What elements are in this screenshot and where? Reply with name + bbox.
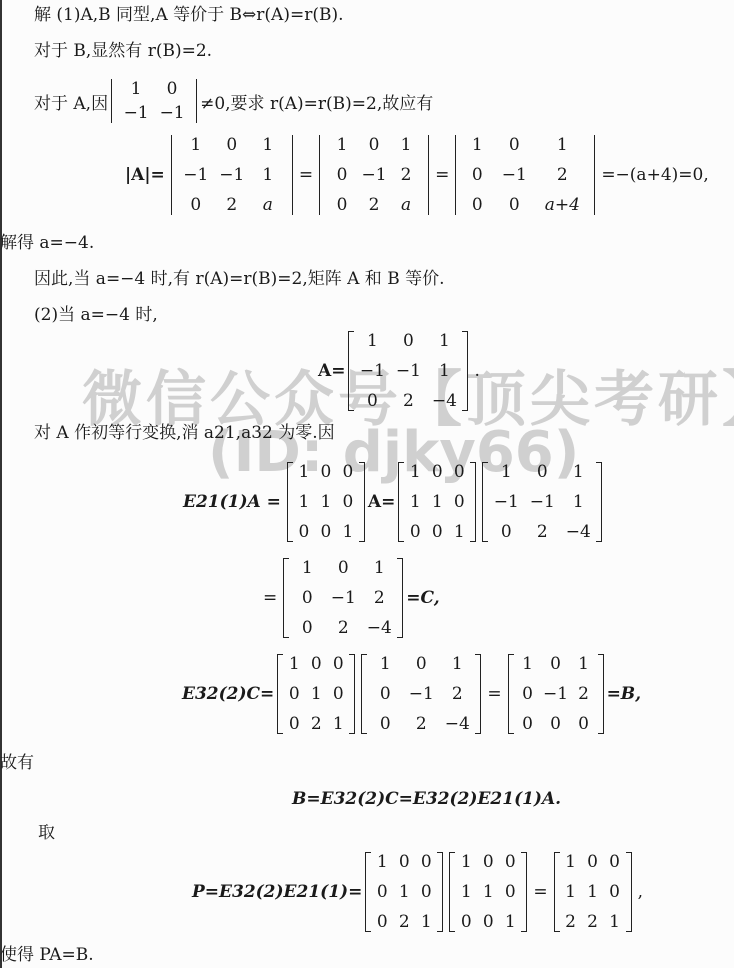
matrix-B: 1010−12000 [508, 654, 604, 734]
matrix-cell: 0 [542, 654, 570, 674]
matrix-cell: 1 [560, 852, 582, 872]
matrix-cell: −4 [439, 714, 475, 734]
B-label: =B, [607, 684, 642, 704]
matrix-cell: 2 [570, 684, 598, 704]
C-label: =C, [406, 588, 439, 608]
matrix-E21: 100110001 [287, 462, 365, 542]
matrix-cell: 0 [293, 522, 315, 542]
detA-label: |A|= [125, 165, 165, 185]
matrix-cell: 1 [371, 852, 393, 872]
matrix-cell: 0 [283, 684, 305, 704]
equation-E32C: E32(2)C= 100010021 1010−1202−4 = 1010−12… [182, 652, 641, 736]
matrix-cell: 1 [499, 912, 521, 932]
matrix-cell: 0 [604, 852, 626, 872]
equation-detA: |A|= 101−1−1102a = 1010−1202a = 1010−120… [122, 132, 712, 218]
matrix-cell: 1 [570, 654, 598, 674]
matrix-cell: −1 [542, 684, 570, 704]
matrix-cell: 0 [315, 462, 337, 482]
matrix-cell: 0 [354, 391, 390, 411]
matrix-cell: 1 [582, 882, 604, 902]
matrix-cell: 1 [315, 492, 337, 512]
equals: = [435, 165, 449, 185]
matrix-cell: 1 [327, 714, 349, 734]
matrix-cell: a [250, 195, 286, 215]
matrix-cell: −1 [390, 361, 426, 381]
matrix-cell: 0 [327, 684, 349, 704]
matrix-cell: 1 [393, 882, 415, 902]
matrix-cell: 0 [178, 195, 214, 215]
matrix-cell: 2 [361, 588, 397, 608]
solution-line-6: 因此,当 a=−4 时,有 r(A)=r(B)=2,矩阵 A 和 B 等价. [34, 268, 445, 290]
matrix-cell: 1 [439, 654, 475, 674]
matrix-E32-copy: 100010021 [365, 852, 443, 932]
matrix-cell: −1 [354, 361, 390, 381]
matrix-cell: 0 [403, 654, 439, 674]
matrix-cell: 1 [354, 331, 390, 351]
matrix-cell: 0 [415, 852, 437, 872]
A-label: A= [318, 361, 345, 381]
matrix-cell: 0 [404, 522, 426, 542]
matrix-cell: 0 [570, 714, 598, 734]
matrix-cell: −4 [426, 391, 462, 411]
matrix-cell: −1 [325, 588, 361, 608]
matrix-cell: −1 [178, 165, 214, 185]
matrix-cell: −1 [488, 492, 524, 512]
matrix-cell: a [390, 195, 422, 215]
matrix-cell: 1 [250, 165, 286, 185]
solution-line-1: 解 (1)A,B 同型,A 等价于 B⇔r(A)=r(B). [34, 4, 344, 26]
matrix-cell: 0 [326, 195, 358, 215]
matrix-cell: 1 [326, 135, 358, 155]
matrix-cell: 1 [415, 912, 437, 932]
matrix-cell: 1 [455, 882, 477, 902]
equation-P: P=E32(2)E21(1)= 100010021 100110001 = 10… [192, 850, 646, 934]
matrix-cell: 1 [426, 361, 462, 381]
equation-C: = 1010−1202−4 =C, [260, 556, 440, 640]
matrix-cell: 0 [455, 912, 477, 932]
equals: = [487, 684, 501, 704]
matrix-cell: 0 [325, 558, 361, 578]
matrix-cell: 0 [337, 492, 359, 512]
matrix-cell: 1 [390, 135, 422, 155]
equation-E21A: E21(1)A = 100110001 A= 100110001 101−1−1… [180, 460, 605, 544]
matrix-cell: 0 [371, 912, 393, 932]
matrix-cell: 1 [367, 654, 403, 674]
matrix-A-copy: 101−1−1102−4 [482, 462, 602, 542]
matrix-cell: a+4 [536, 195, 588, 215]
matrix-cell: 0 [393, 852, 415, 872]
matrix-cell: 0 [448, 462, 470, 482]
matrix-E21-copy2: 100110001 [449, 852, 527, 932]
matrix-cell: 1 [305, 684, 327, 704]
matrix-cell: 0 [289, 588, 325, 608]
matrix-cell: 1 [404, 462, 426, 482]
matrix-detA-3: 1010−1200a+4 [455, 135, 595, 215]
matrix-cell: 1 [293, 462, 315, 482]
matrix-cell: 0 [214, 135, 250, 155]
matrix-cell: 1 [560, 882, 582, 902]
matrix-cell: 2 [524, 522, 560, 542]
matrix-cell: 2 [560, 912, 582, 932]
matrix-cell: 1 [250, 135, 286, 155]
matrix-cell: 0 [462, 165, 492, 185]
matrix-cell: −1 [524, 492, 560, 512]
matrix-small-det: 10−1−1 [111, 79, 197, 123]
matrix-cell: 1 [178, 135, 214, 155]
E32C-label: E32(2)C= [182, 684, 274, 704]
matrix-cell: 0 [582, 852, 604, 872]
solution-line-14: B=E32(2)C=E32(2)E21(1)A. [292, 788, 561, 810]
matrix-P: 100110221 [554, 852, 632, 932]
E21A-label: E21(1)A = [183, 492, 281, 512]
matrix-cell: 2 [390, 391, 426, 411]
A-mid: A= [368, 492, 395, 512]
matrix-cell: 1 [536, 135, 588, 155]
matrix-cell: 1 [289, 558, 325, 578]
matrix-cell: −1 [118, 103, 154, 123]
matrix-E21-copy: 100110001 [398, 462, 476, 542]
matrix-cell: 1 [361, 558, 397, 578]
solution-line-17: 使得 PA=B. [0, 944, 94, 966]
matrix-cell: 0 [154, 79, 190, 99]
matrix-cell: 0 [327, 654, 349, 674]
matrix-cell: 1 [448, 522, 470, 542]
matrix-cell: 2 [325, 618, 361, 638]
matrix-cell: 1 [488, 462, 524, 482]
matrix-cell: −1 [214, 165, 250, 185]
matrix-cell: 2 [403, 714, 439, 734]
matrix-cell: 0 [367, 714, 403, 734]
matrix-cell: −1 [492, 165, 536, 185]
matrix-cell: −1 [154, 103, 190, 123]
matrix-cell: 0 [542, 714, 570, 734]
equals: = [299, 165, 313, 185]
matrix-cell: 0 [488, 522, 524, 542]
matrix-cell: 0 [514, 684, 542, 704]
text-prefix: 对于 A,因 [34, 89, 108, 114]
matrix-cell: 1 [604, 912, 626, 932]
matrix-cell: 0 [426, 522, 448, 542]
matrix-A: 101−1−1102−4 [348, 331, 468, 411]
matrix-C: 1010−1202−4 [283, 558, 403, 638]
matrix-cell: 0 [390, 331, 426, 351]
matrix-cell: 0 [315, 522, 337, 542]
matrix-cell: 2 [439, 684, 475, 704]
matrix-cell: 0 [604, 882, 626, 902]
solution-line-13: 故有 [0, 752, 34, 774]
matrix-cell: 0 [305, 654, 327, 674]
matrix-cell: 1 [560, 492, 596, 512]
matrix-cell: 1 [283, 654, 305, 674]
matrix-cell: 0 [289, 618, 325, 638]
matrix-cell: 0 [492, 195, 536, 215]
matrix-cell: 0 [514, 714, 542, 734]
matrix-cell: −4 [361, 618, 397, 638]
period: . [474, 361, 479, 381]
matrix-cell: 0 [283, 714, 305, 734]
text-suffix: ≠0,要求 r(A)=r(B)=2,故应有 [200, 89, 433, 114]
solution-line-9: 对 A 作初等行变换,消 a21,a32 为零.因 [34, 422, 335, 444]
matrix-cell: 1 [118, 79, 154, 99]
matrix-cell: 0 [326, 165, 358, 185]
solution-line-2: 对于 B,显然有 r(B)=2. [34, 40, 212, 62]
matrix-cell: 0 [371, 882, 393, 902]
matrix-cell: 2 [582, 912, 604, 932]
solution-line-5: 解得 a=−4. [0, 232, 94, 254]
matrix-cell: 2 [393, 912, 415, 932]
matrix-E32: 100010021 [277, 654, 355, 734]
P-label: P=E32(2)E21(1)= [192, 882, 362, 902]
matrix-cell: 2 [536, 165, 588, 185]
matrix-cell: −4 [560, 522, 596, 542]
matrix-cell: 1 [560, 462, 596, 482]
matrix-cell: 1 [426, 492, 448, 512]
matrix-cell: 2 [214, 195, 250, 215]
matrix-cell: 1 [514, 654, 542, 674]
equation-small-det: 对于 A,因 10−1−1 ≠0,要求 r(A)=r(B)=2,故应有 [34, 78, 433, 124]
matrix-cell: 0 [524, 462, 560, 482]
matrix-cell: 2 [390, 165, 422, 185]
matrix-cell: 1 [455, 852, 477, 872]
matrix-cell: 0 [492, 135, 536, 155]
solution-line-7: (2)当 a=−4 时, [34, 304, 158, 326]
matrix-cell: 2 [305, 714, 327, 734]
matrix-cell: −1 [403, 684, 439, 704]
matrix-cell: 1 [337, 522, 359, 542]
matrix-cell: 1 [404, 492, 426, 512]
comma: , [638, 882, 643, 902]
matrix-cell: 1 [293, 492, 315, 512]
matrix-cell: 1 [462, 135, 492, 155]
solution-line-15: 取 [38, 822, 55, 844]
matrix-cell: 0 [477, 852, 499, 872]
matrix-C-copy: 1010−1202−4 [361, 654, 481, 734]
matrix-cell: 0 [415, 882, 437, 902]
matrix-cell: 0 [367, 684, 403, 704]
equation-A: A= 101−1−1102−4 . [318, 330, 483, 412]
matrix-cell: 0 [499, 852, 521, 872]
matrix-cell: 0 [426, 462, 448, 482]
matrix-cell: 0 [499, 882, 521, 902]
matrix-cell: 0 [337, 462, 359, 482]
det-result: =−(a+4)=0, [601, 165, 708, 185]
equals: = [263, 588, 277, 608]
matrix-cell: −1 [358, 165, 390, 185]
matrix-cell: 0 [462, 195, 492, 215]
matrix-cell: 1 [426, 331, 462, 351]
matrix-detA-1: 101−1−1102a [171, 135, 293, 215]
matrix-cell: 2 [358, 195, 390, 215]
matrix-detA-2: 1010−1202a [319, 135, 429, 215]
matrix-cell: 0 [358, 135, 390, 155]
equals: = [533, 882, 547, 902]
page-left-border [0, 0, 2, 968]
matrix-cell: 0 [477, 912, 499, 932]
matrix-cell: 1 [477, 882, 499, 902]
matrix-cell: 0 [448, 492, 470, 512]
